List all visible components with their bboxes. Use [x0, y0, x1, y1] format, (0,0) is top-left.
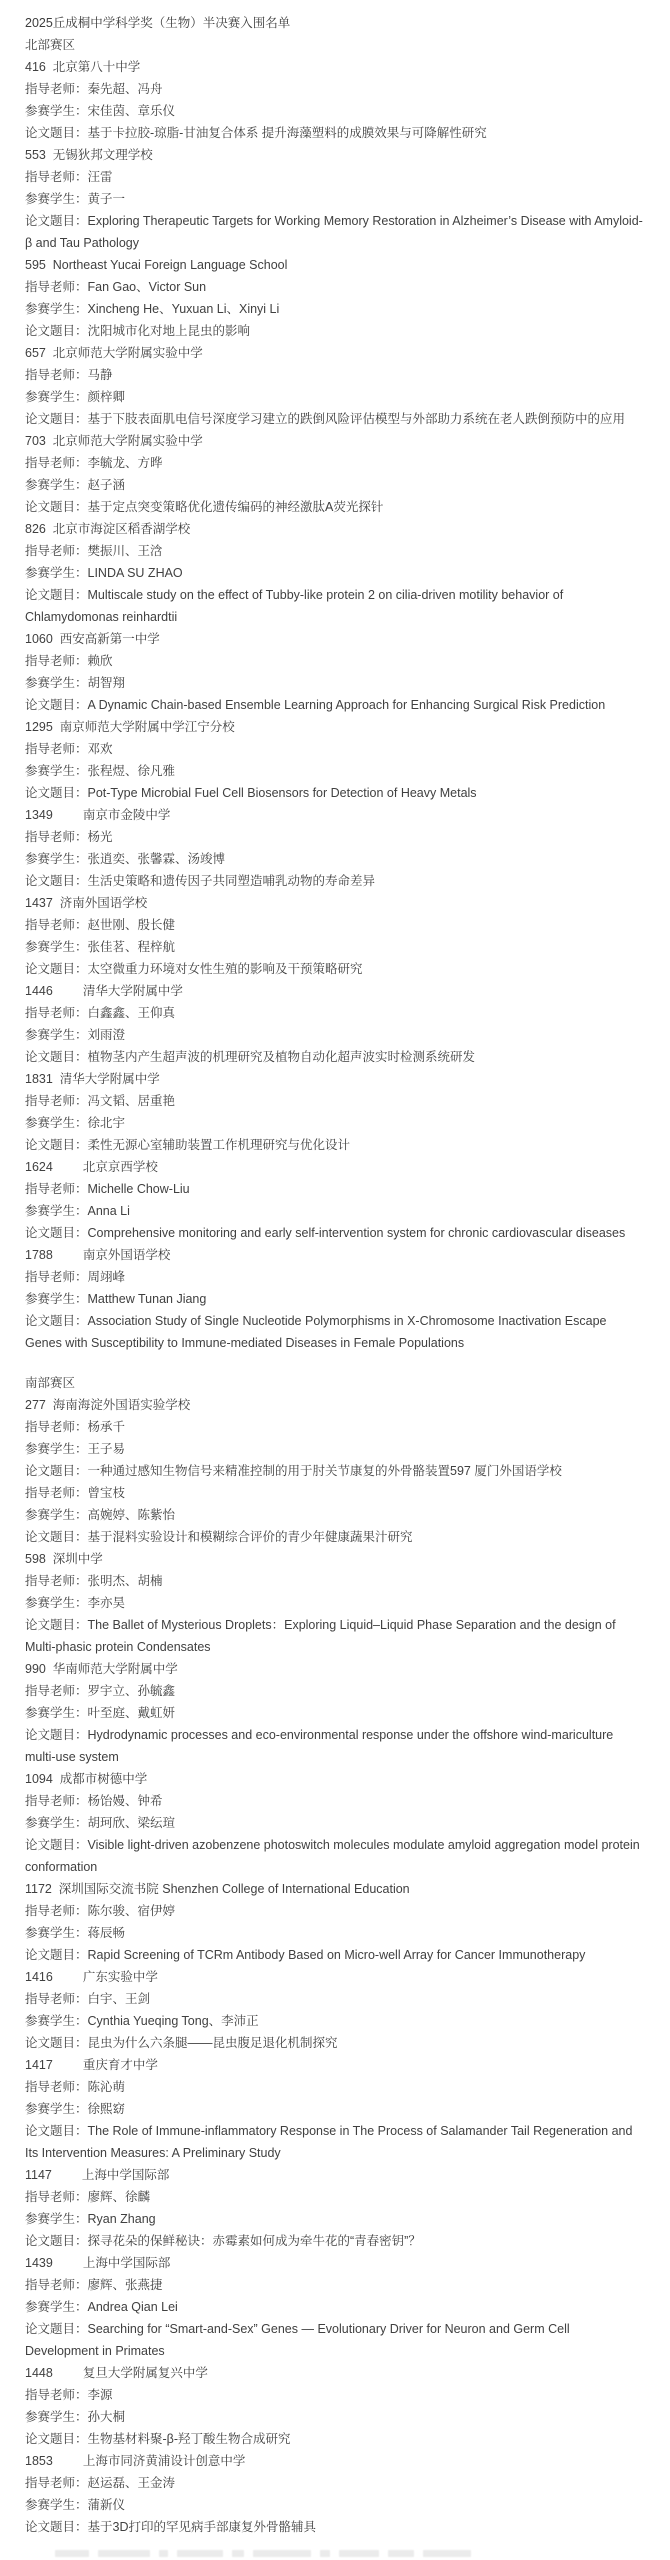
- clipped-glyph-fragment: [320, 2550, 330, 2557]
- field-paper-title: 论文题目：太空微重力环境对女性生殖的影响及干预策略研究: [25, 958, 646, 980]
- field-teachers: 指导老师：赵运磊、王金涛: [25, 2472, 646, 2494]
- field-paper-title: 论文题目：生物基材料聚-β-羟丁酸生物合成研究: [25, 2428, 646, 2450]
- entry-number: 657: [25, 342, 46, 364]
- field-paper-title: 论文题目：Multiscale study on the effect of T…: [25, 584, 646, 628]
- field-paper-title: 论文题目：基于下肢表面肌电信号深度学习建立的跌倒风险评估模型与外部助力系统在老人…: [25, 408, 646, 430]
- entry-school: 复旦大学附属复兴中学: [83, 2366, 208, 2380]
- field-students: 参赛学生：蒋辰畅: [25, 1922, 646, 1944]
- entry-number: 1172: [25, 1878, 52, 1900]
- entry-school: 海南海淀外国语实验学校: [53, 1398, 191, 1412]
- field-teachers: 指导老师：白鑫鑫、王仰真: [25, 1002, 646, 1024]
- entry-number: 703: [25, 430, 46, 452]
- field-paper-title: 论文题目：基于卡拉胶-琼脂-甘油复合体系 提升海藻塑料的成膜效果与可降解性研究: [25, 122, 646, 144]
- field-students: 参赛学生：徐北宇: [25, 1112, 646, 1134]
- clipped-glyph-fragment: [339, 2550, 379, 2557]
- entry-header: 1624北京京西学校: [25, 1156, 646, 1178]
- field-teachers: 指导老师：周翊峰: [25, 1266, 646, 1288]
- entry-school: 清华大学附属中学: [60, 1072, 160, 1086]
- entry-number: 1788: [25, 1244, 53, 1266]
- field-paper-title: 论文题目：基于3D打印的罕见病手部康复外骨骼辅具: [25, 2516, 646, 2538]
- entry-school: 华南师范大学附属中学: [53, 1662, 178, 1676]
- field-paper-title: 论文题目：昆虫为什么六条腿——昆虫腹足退化机制探究: [25, 2032, 646, 2054]
- field-paper-title: 论文题目：一种通过感知生物信号来精准控制的用于肘关节康复的外骨骼装置597 厦门…: [25, 1460, 646, 1482]
- entry-header: 1094成都市树德中学: [25, 1768, 646, 1790]
- field-students: 参赛学生：Cynthia Yueqing Tong、李沛正: [25, 2010, 646, 2032]
- field-teachers: 指导老师：杨饴嫚、钟希: [25, 1790, 646, 1812]
- field-paper-title: 论文题目：Exploring Therapeutic Targets for W…: [25, 210, 646, 254]
- entry-school: 南京师范大学附属中学江宁分校: [60, 720, 235, 734]
- entry-header: 1417重庆育才中学: [25, 2054, 646, 2076]
- entry-school: 清华大学附属中学: [83, 984, 183, 998]
- field-students: 参赛学生：Anna Li: [25, 1200, 646, 1222]
- field-students: 参赛学生：刘雨澄: [25, 1024, 646, 1046]
- clipped-glyph-fragment: [177, 2550, 223, 2557]
- field-students: 参赛学生：张程煜、徐凡雅: [25, 760, 646, 782]
- entry-school: 南京市金陵中学: [83, 808, 171, 822]
- entry-header: 1446清华大学附属中学: [25, 980, 646, 1002]
- field-paper-title: 论文题目：基于混料实验设计和模糊综合评价的青少年健康蔬果汁研究: [25, 1526, 646, 1548]
- entry-school: 无锡狄邦文理学校: [53, 148, 153, 162]
- field-students: 参赛学生：李亦昊: [25, 1592, 646, 1614]
- entry-school: 成都市树德中学: [60, 1772, 148, 1786]
- entry-header: 1416广东实验中学: [25, 1966, 646, 1988]
- entry-school: 北京京西学校: [83, 1160, 158, 1174]
- field-teachers: 指导老师：冯文韬、居重艳: [25, 1090, 646, 1112]
- entry-number: 1624: [25, 1156, 53, 1178]
- field-teachers: 指导老师：廖辉、张燕捷: [25, 2274, 646, 2296]
- entry-header: 1172深圳国际交流书院 Shenzhen College of Interna…: [25, 1878, 646, 1900]
- entry-number: 1448: [25, 2362, 53, 2384]
- field-students: 参赛学生：赵子涵: [25, 474, 646, 496]
- field-paper-title: 论文题目：柔性无源心室辅助装置工作机理研究与优化设计: [25, 1134, 646, 1156]
- entry-header: 703北京师范大学附属实验中学: [25, 430, 646, 452]
- field-students: 参赛学生：颜梓卿: [25, 386, 646, 408]
- entry-header: 553无锡狄邦文理学校: [25, 144, 646, 166]
- section-title: 北部赛区: [25, 34, 646, 56]
- field-teachers: 指导老师：张明杰、胡楠: [25, 1570, 646, 1592]
- page-title: 2025丘成桐中学科学奖（生物）半决赛入围名单: [25, 12, 646, 34]
- field-teachers: 指导老师：曾宝枝: [25, 1482, 646, 1504]
- section-北部赛区: 北部赛区416北京第八十中学指导老师：秦先超、冯舟参赛学生：宋佳茵、章乐仪论文题…: [25, 34, 646, 1354]
- entry-number: 553: [25, 144, 46, 166]
- field-students: 参赛学生：胡智翔: [25, 672, 646, 694]
- field-paper-title: 论文题目：Comprehensive monitoring and early …: [25, 1222, 646, 1244]
- clipped-glyph-fragment: [232, 2550, 244, 2557]
- entry-number: 1147: [25, 2164, 52, 2186]
- entry-header: 1439上海中学国际部: [25, 2252, 646, 2274]
- entry-header: 1448复旦大学附属复兴中学: [25, 2362, 646, 2384]
- field-students: 参赛学生：徐熙窈: [25, 2098, 646, 2120]
- entry-school: 深圳国际交流书院 Shenzhen College of Internation…: [59, 1882, 410, 1896]
- field-students: 参赛学生：宋佳茵、章乐仪: [25, 100, 646, 122]
- entry-school: 北京第八十中学: [53, 60, 141, 74]
- field-students: 参赛学生：蒲新仪: [25, 2494, 646, 2516]
- field-students: 参赛学生：Xincheng He、Yuxuan Li、Xinyi Li: [25, 298, 646, 320]
- entry-number: 1831: [25, 1068, 53, 1090]
- entry-number: 1437: [25, 892, 53, 914]
- field-paper-title: 论文题目：植物茎内产生超声波的机理研究及植物自动化超声波实时检测系统研发: [25, 1046, 646, 1068]
- field-paper-title: 论文题目：The Ballet of Mysterious Droplets：E…: [25, 1614, 646, 1658]
- entry-school: 上海市同济黄浦设计创意中学: [83, 2454, 246, 2468]
- field-paper-title: 论文题目：Hydrodynamic processes and eco-envi…: [25, 1724, 646, 1768]
- entry-header: 1349南京市金陵中学: [25, 804, 646, 826]
- entry-number: 1446: [25, 980, 53, 1002]
- field-teachers: 指导老师：杨承千: [25, 1416, 646, 1438]
- field-teachers: 指导老师：李毓龙、方晔: [25, 452, 646, 474]
- field-teachers: 指导老师：罗宇立、孙毓鑫: [25, 1680, 646, 1702]
- field-paper-title: 论文题目：Searching for “Smart-and-Sex” Genes…: [25, 2318, 646, 2362]
- clipped-glyph-fragment: [253, 2550, 311, 2557]
- entry-number: 826: [25, 518, 46, 540]
- entry-header: 657北京师范大学附属实验中学: [25, 342, 646, 364]
- clipped-glyph-fragment: [55, 2550, 89, 2557]
- clipped-glyph-fragment: [388, 2550, 414, 2557]
- section-南部赛区: 南部赛区277海南海淀外国语实验学校指导老师：杨承千参赛学生：王子易论文题目：一…: [25, 1372, 646, 2538]
- entry-header: 1831清华大学附属中学: [25, 1068, 646, 1090]
- field-paper-title: 论文题目：沈阳城市化对地上昆虫的影响: [25, 320, 646, 342]
- entry-number: 1416: [25, 1966, 53, 1988]
- entry-header: 416北京第八十中学: [25, 56, 646, 78]
- entry-header: 1060西安高新第一中学: [25, 628, 646, 650]
- field-students: 参赛学生：高婉婷、陈紫怡: [25, 1504, 646, 1526]
- field-paper-title: 论文题目：探寻花朵的保鲜秘诀：赤霉素如何成为牵牛花的“青春密钥”？: [25, 2230, 646, 2252]
- entry-school: 济南外国语学校: [60, 896, 148, 910]
- entry-number: 990: [25, 1658, 46, 1680]
- entry-number: 1094: [25, 1768, 53, 1790]
- field-teachers: 指导老师：樊振川、王浛: [25, 540, 646, 562]
- entry-number: 1439: [25, 2252, 53, 2274]
- field-students: 参赛学生：黄子一: [25, 188, 646, 210]
- entry-school: 西安高新第一中学: [60, 632, 160, 646]
- entry-school: Northeast Yucai Foreign Language School: [53, 258, 288, 272]
- entry-school: 上海中学国际部: [82, 2168, 170, 2182]
- entry-school: 北京师范大学附属实验中学: [53, 434, 203, 448]
- entry-school: 深圳中学: [53, 1552, 103, 1566]
- entry-header: 1295南京师范大学附属中学江宁分校: [25, 716, 646, 738]
- field-students: 参赛学生：LINDA SU ZHAO: [25, 562, 646, 584]
- field-paper-title: 论文题目：Visible light-driven azobenzene pho…: [25, 1834, 646, 1878]
- field-students: 参赛学生：Andrea Qian Lei: [25, 2296, 646, 2318]
- field-teachers: 指导老师：赵世刚、殷长健: [25, 914, 646, 936]
- field-teachers: 指导老师：Michelle Chow-Liu: [25, 1178, 646, 1200]
- entry-school: 上海中学国际部: [83, 2256, 171, 2270]
- clipped-next-line: [25, 2550, 646, 2559]
- entry-number: 1853: [25, 2450, 53, 2472]
- field-students: 参赛学生：Matthew Tunan Jiang: [25, 1288, 646, 1310]
- field-students: 参赛学生：Ryan Zhang: [25, 2208, 646, 2230]
- field-students: 参赛学生：孙大桐: [25, 2406, 646, 2428]
- clipped-glyph-fragment: [159, 2550, 168, 2557]
- field-teachers: 指导老师：李源: [25, 2384, 646, 2406]
- entry-number: 595: [25, 254, 46, 276]
- field-teachers: 指导老师：白宇、王剑: [25, 1988, 646, 2010]
- entry-school: 广东实验中学: [83, 1970, 158, 1984]
- field-paper-title: 论文题目：基于定点突变策略优化遗传编码的神经激肽A荧光探针: [25, 496, 646, 518]
- entry-number: 598: [25, 1548, 46, 1570]
- section-title: 南部赛区: [25, 1372, 646, 1394]
- field-paper-title: 论文题目：The Role of Immune-inflammatory Res…: [25, 2120, 646, 2164]
- field-students: 参赛学生：王子易: [25, 1438, 646, 1460]
- field-paper-title: 论文题目：Pot-Type Microbial Fuel Cell Biosen…: [25, 782, 646, 804]
- entry-header: 1788南京外国语学校: [25, 1244, 646, 1266]
- field-teachers: 指导老师：秦先超、冯舟: [25, 78, 646, 100]
- entry-header: 277海南海淀外国语实验学校: [25, 1394, 646, 1416]
- field-teachers: 指导老师：Fan Gao、Victor Sun: [25, 276, 646, 298]
- entry-header: 1147上海中学国际部: [25, 2164, 646, 2186]
- entry-school: 北京师范大学附属实验中学: [53, 346, 203, 360]
- field-teachers: 指导老师：陈尔骏、宿伊婷: [25, 1900, 646, 1922]
- entry-number: 416: [25, 56, 46, 78]
- field-teachers: 指导老师：赖欣: [25, 650, 646, 672]
- field-paper-title: 论文题目：Association Study of Single Nucleot…: [25, 1310, 646, 1354]
- field-teachers: 指导老师：汪雷: [25, 166, 646, 188]
- entry-header: 598深圳中学: [25, 1548, 646, 1570]
- field-teachers: 指导老师：杨光: [25, 826, 646, 848]
- entry-header: 826北京市海淀区稻香湖学校: [25, 518, 646, 540]
- entry-number: 1417: [25, 2054, 53, 2076]
- entry-number: 1060: [25, 628, 53, 650]
- entry-school: 北京市海淀区稻香湖学校: [53, 522, 191, 536]
- entry-number: 1295: [25, 716, 53, 738]
- field-teachers: 指导老师：廖辉、徐麟: [25, 2186, 646, 2208]
- document-page: 2025丘成桐中学科学奖（生物）半决赛入围名单 北部赛区416北京第八十中学指导…: [0, 0, 670, 2559]
- field-teachers: 指导老师：邓欢: [25, 738, 646, 760]
- document-body: 北部赛区416北京第八十中学指导老师：秦先超、冯舟参赛学生：宋佳茵、章乐仪论文题…: [25, 34, 646, 2538]
- entry-header: 1437济南外国语学校: [25, 892, 646, 914]
- field-paper-title: 论文题目：Rapid Screening of TCRm Antibody Ba…: [25, 1944, 646, 1966]
- field-students: 参赛学生：叶至庭、戴虹妍: [25, 1702, 646, 1724]
- entry-header: 595Northeast Yucai Foreign Language Scho…: [25, 254, 646, 276]
- field-students: 参赛学生：张逍奕、张馨霖、汤竣博: [25, 848, 646, 870]
- entry-number: 1349: [25, 804, 53, 826]
- entry-header: 1853上海市同济黄浦设计创意中学: [25, 2450, 646, 2472]
- entry-school: 重庆育才中学: [83, 2058, 158, 2072]
- clipped-glyph-fragment: [423, 2550, 471, 2557]
- field-paper-title: 论文题目：生活史策略和遗传因子共同塑造哺乳动物的寿命差异: [25, 870, 646, 892]
- entry-school: 南京外国语学校: [83, 1248, 171, 1262]
- clipped-glyph-fragment: [98, 2550, 150, 2557]
- field-teachers: 指导老师：马静: [25, 364, 646, 386]
- field-students: 参赛学生：张佳茗、程梓航: [25, 936, 646, 958]
- entry-header: 990华南师范大学附属中学: [25, 1658, 646, 1680]
- field-paper-title: 论文题目：A Dynamic Chain-based Ensemble Lear…: [25, 694, 646, 716]
- field-students: 参赛学生：胡珂欣、梁纭瑄: [25, 1812, 646, 1834]
- field-teachers: 指导老师：陈沁萌: [25, 2076, 646, 2098]
- entry-number: 277: [25, 1394, 46, 1416]
